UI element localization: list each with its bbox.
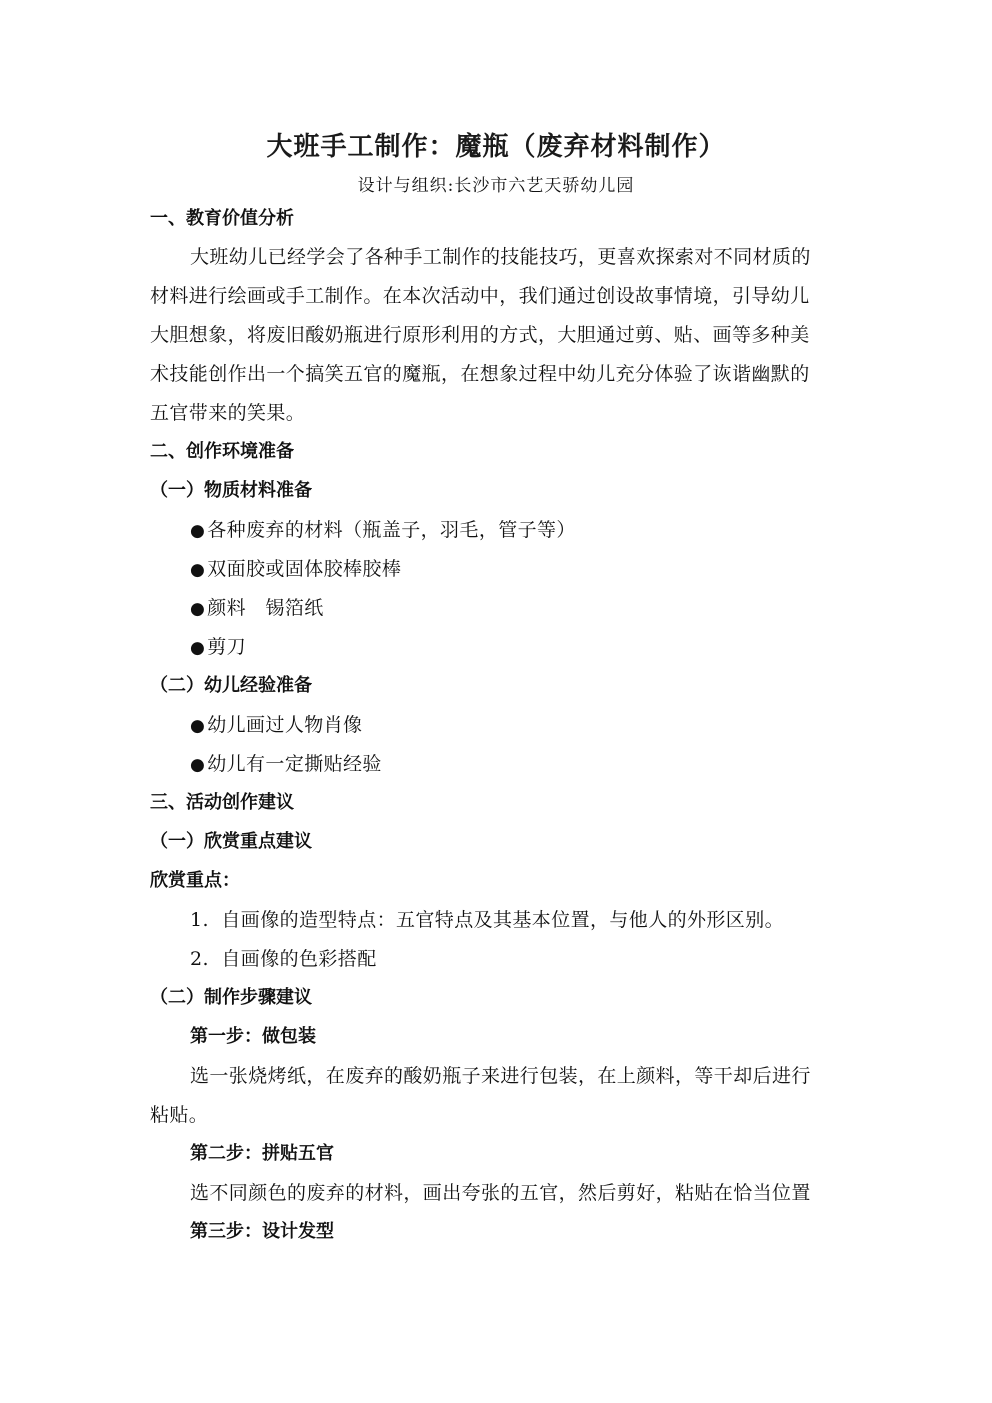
- list-item: ●各种废弃的材料（瓶盖子，羽毛，管子等）: [190, 518, 576, 543]
- item-number: 2.: [190, 948, 209, 970]
- paragraph-line: 术技能创作出一个搞笑五官的魔瓶，在想象过程中幼儿充分体验了诙谐幽默的: [150, 362, 810, 386]
- list-item: ●幼儿有一定撕贴经验: [190, 752, 382, 777]
- list-item: ●幼儿画过人物肖像: [190, 713, 362, 738]
- list-item: ●颜料 锡箔纸: [190, 596, 324, 621]
- document-page: 大班手工制作：魔瓶（废弃材料制作） 设计与组织:长沙市六艺天骄幼儿园 一、教育价…: [0, 0, 992, 1403]
- step-title: 第二步：拼贴五官: [190, 1142, 334, 1166]
- paragraph-line: 大班幼儿已经学会了各种手工制作的技能技巧，更喜欢探索对不同材质的: [190, 245, 811, 269]
- appreciation-label: 欣赏重点：: [150, 869, 240, 893]
- paragraph-line: 材料进行绘画或手工制作。在本次活动中，我们通过创设故事情境，引导幼儿: [150, 284, 810, 308]
- step-title: 第三步：设计发型: [190, 1220, 334, 1244]
- step-text: 粘贴。: [150, 1103, 208, 1127]
- section-heading-2: 二、创作环境准备: [150, 440, 294, 464]
- bullet-icon: ●: [190, 560, 205, 580]
- subsection-heading-experience: （二）幼儿经验准备: [150, 674, 312, 698]
- subsection-heading-materials: （一）物质材料准备: [150, 479, 312, 503]
- bullet-icon: ●: [190, 599, 205, 619]
- item-number: 1.: [190, 909, 209, 931]
- step-title: 第一步：做包装: [190, 1025, 316, 1049]
- numbered-item: 2. 自画像的色彩搭配: [190, 947, 377, 971]
- paragraph-line: 大胆想象，将废旧酸奶瓶进行原形利用的方式，大胆通过剪、贴、画等多种美: [150, 323, 810, 347]
- paragraph-line: 五官带来的笑果。: [150, 401, 305, 425]
- subsection-heading-appreciation: （一）欣赏重点建议: [150, 830, 312, 854]
- numbered-item: 1. 自画像的造型特点：五官特点及其基本位置，与他人的外形区别。: [190, 908, 784, 932]
- bullet-icon: ●: [190, 755, 205, 775]
- list-item: ●剪刀: [190, 635, 246, 660]
- section-heading-1: 一、教育价值分析: [150, 207, 294, 231]
- document-title: 大班手工制作：魔瓶（废弃材料制作）: [0, 131, 992, 163]
- bullet-icon: ●: [190, 521, 205, 541]
- subsection-heading-steps: （二）制作步骤建议: [150, 986, 312, 1010]
- step-text: 选不同颜色的废弃的材料，画出夸张的五官，然后剪好，粘贴在恰当位置: [190, 1181, 811, 1205]
- list-item: ●双面胶或固体胶棒胶棒: [190, 557, 401, 582]
- section-heading-3: 三、活动创作建议: [150, 791, 294, 815]
- bullet-icon: ●: [190, 716, 205, 736]
- document-subtitle: 设计与组织:长沙市六艺天骄幼儿园: [0, 175, 992, 197]
- bullet-icon: ●: [190, 638, 205, 658]
- step-text: 选一张烧烤纸，在废弃的酸奶瓶子来进行包装，在上颜料，等干却后进行: [190, 1064, 811, 1088]
